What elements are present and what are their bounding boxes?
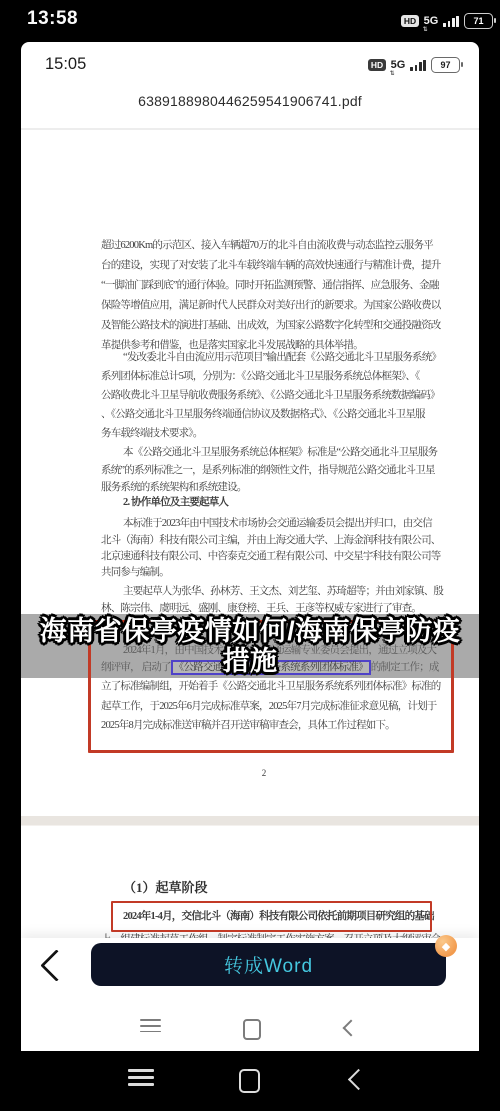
- document-text-line: 及智能公路技术的演进打基础、出成效，为国家公路数字化转型和交通投融资改: [101, 319, 441, 333]
- pdf-filename-title: 6389188980446259541906741.pdf: [21, 93, 479, 109]
- signal-strength-icon: [410, 59, 426, 71]
- document-text-line: 北京速通科技有限公司、中咨泰克交通工程有限公司、中交星宇科技有限公司等: [101, 550, 441, 564]
- embedded-screenshot: 15:05 HD 5G⇅ 97 638918898044625954190674…: [21, 42, 479, 1051]
- back-icon[interactable]: [348, 1069, 369, 1090]
- document-text-line: 2: [246, 766, 282, 780]
- document-text-line: 服务系统的系统架构和系统建设。: [101, 481, 247, 495]
- document-text-line: 系列团体标准总计5项，分别为：《公路交通北斗卫星服务系统总体框架》、《: [101, 370, 420, 384]
- document-text-line: “发改委北斗自由流应用示范项目”输出配套《公路交通北斗卫星服务系统》: [123, 351, 441, 365]
- document-text-line: 共同参与编制。: [101, 566, 169, 580]
- document-text-line: 主要起草人为张华、孙林芳、王文杰、刘艺玺、苏琦超等；并由刘家镇、殷: [123, 585, 443, 599]
- inner-clock: 15:05: [45, 55, 86, 74]
- back-icon[interactable]: [40, 949, 73, 982]
- document-text-line: 本标准于2023年由中国技术市场协会交通运输委员会提出并归口，由交信: [123, 517, 432, 531]
- hd-volte-icon: HD: [368, 59, 385, 72]
- premium-diamond-icon: ◆: [435, 935, 457, 957]
- document-text-line: 、《公路交通北斗卫星服务终端通信协议及数据格式》、《公路交通北斗卫星服: [101, 408, 425, 422]
- document-text-line: 北斗（海南）科技有限公司主编，并由上海交通大学、上海金润科技有限公司、: [101, 534, 441, 548]
- outer-navigation-bar: [0, 1051, 500, 1111]
- caption-line-2: 措施: [21, 646, 479, 676]
- data-arrows-icon: ⇅: [423, 27, 427, 33]
- network-type-5g: 5G⇅: [424, 16, 439, 27]
- document-text-line: 系统”的系列标准之一，是系列标准的纲领性文件，指导规范公路交通北斗卫星: [101, 464, 435, 478]
- battery-icon: 97: [431, 57, 460, 73]
- recents-menu-icon[interactable]: [140, 1019, 161, 1036]
- document-text-line: 台的建设，实现了对安装了北斗车载终端车辆的高效快速通行与精准计费，提升: [101, 259, 441, 273]
- document-text-line: 超过6200Km的示范区、接入车辆超70万的北斗自由流收费与动态监控云服务平: [101, 239, 433, 253]
- data-arrows-icon: ⇅: [390, 71, 394, 77]
- pdf-document-scroll-area[interactable]: 超过6200Km的示范区、接入车辆超70万的北斗自由流收费与动态监控云服务平台的…: [21, 130, 479, 938]
- network-type-5g: 5G⇅: [391, 60, 406, 71]
- document-text-line: 务车载终端技术要求》。: [101, 427, 202, 441]
- highlight-box-red-2: [111, 901, 432, 932]
- document-text-line: “一脚油门踩到底”的通行体验。同时开拓监测预警、通信指挥、应急服务、金融: [101, 279, 439, 293]
- hd-volte-icon: HD: [401, 15, 418, 28]
- home-icon[interactable]: [243, 1019, 261, 1040]
- caption-line-1: 海南省保亭疫情如何/海南保亭防疫: [21, 616, 479, 646]
- document-text-line: 公路收费北斗卫星导航收费服务系统》、《公路交通北斗卫星服务系统数据编码》: [101, 389, 440, 403]
- document-text-line: 本《公路交通北斗卫星服务系统总体框架》标准是“公路交通北斗卫星服务: [123, 446, 437, 460]
- page-break-separator: [21, 816, 479, 825]
- outer-clock: 13:58: [27, 8, 78, 30]
- recents-menu-icon[interactable]: [128, 1069, 154, 1090]
- inner-navigation-bar: [21, 1005, 479, 1051]
- outer-status-bar: 13:58 HD 5G⇅ 71: [0, 0, 500, 42]
- document-text-line: 2. 协作单位及主要起草人: [123, 496, 228, 510]
- document-text-line: 保险等增值应用，满足新时代人民群众对美好出行的新要求。为国家公路收费以: [101, 299, 441, 313]
- back-icon[interactable]: [343, 1020, 360, 1037]
- battery-icon: 71: [464, 13, 493, 29]
- overlay-caption-text: 海南省保亭疫情如何/海南保亭防疫 措施: [21, 616, 479, 676]
- signal-strength-icon: [443, 15, 459, 27]
- convert-to-word-button[interactable]: 转成Word: [91, 943, 446, 986]
- document-text-line: （1）起草阶段: [123, 881, 208, 895]
- home-icon[interactable]: [239, 1069, 260, 1093]
